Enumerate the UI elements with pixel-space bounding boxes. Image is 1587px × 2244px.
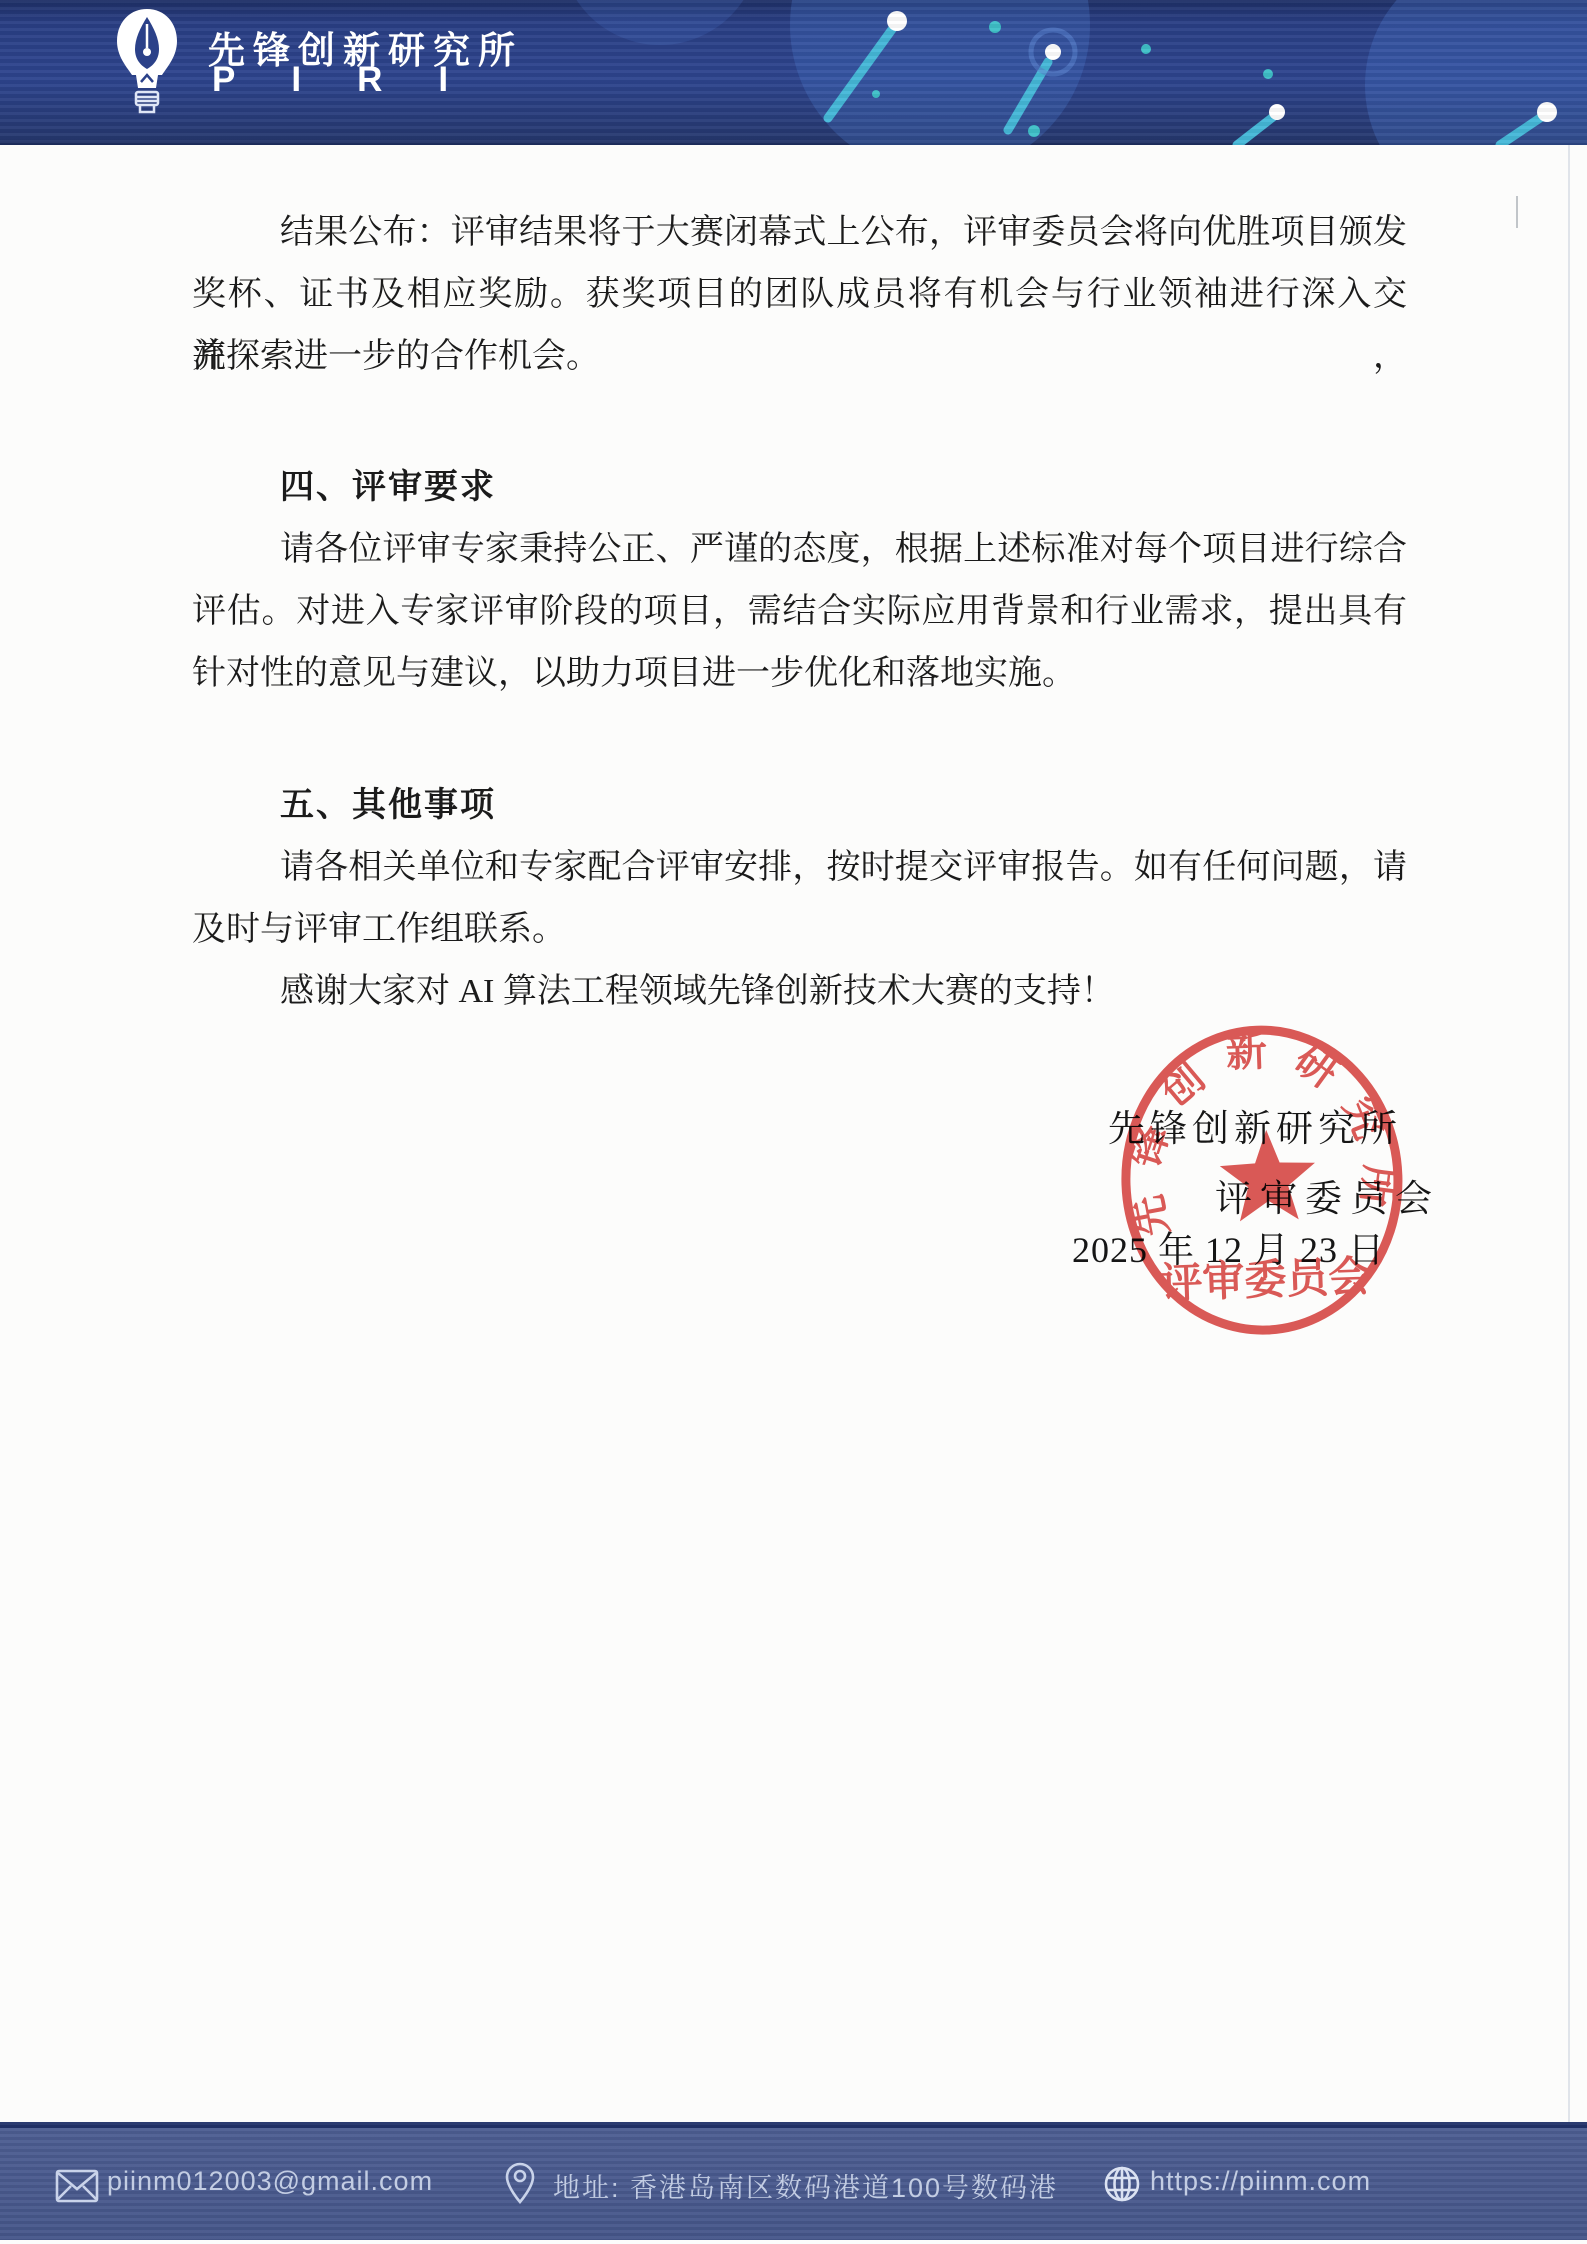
paragraph-result-announcement: 结果公布：评审结果将于大赛闭幕式上公布，评审委员会将向优胜项目颁发 奖杯、证书及… (192, 202, 1407, 388)
body-line: 奖杯、证书及相应奖励。获奖项目的团队成员将有机会与行业领袖进行深入交流， (192, 264, 1407, 326)
seal-ring-text: 先锋创新研究所 (1115, 1024, 1406, 1241)
body-line: 请各位评审专家秉持公正、严谨的态度，根据上述标准对每个项目进行综合 (192, 519, 1407, 581)
document-page: 先锋创新研究所 PIRI 结果公布：评审结果将于大赛闭幕式上公布，评审委员会将向… (0, 0, 1587, 2244)
body-line: 及时与评审工作组联系。 (192, 899, 1407, 961)
section4-heading: 四、评审要求 (192, 457, 1407, 519)
footer-website: https://piinm.com (1150, 2166, 1371, 2197)
seal-star (1219, 1128, 1317, 1222)
section4-paragraph: 请各位评审专家秉持公正、严谨的态度，根据上述标准对每个项目进行综合 评估。对进入… (192, 519, 1407, 705)
seal-bottom-text: 评审委员会 (1160, 1253, 1372, 1307)
deco-circle (1365, 0, 1587, 145)
section5-paragraph: 请各相关单位和专家配合评审安排，按时提交评审报告。如有任何问题，请 及时与评审工… (192, 837, 1407, 1023)
globe-icon (1103, 2165, 1141, 2203)
lightbulb-pen-logo (113, 6, 181, 124)
deco-circle (560, 0, 760, 45)
thanks-line: 感谢大家对 AI 算法工程领域先锋创新技术大赛的支持！ (192, 961, 1407, 1023)
footer-email: piinm012003@gmail.com (107, 2166, 433, 2197)
header-acronym: PIRI (212, 60, 504, 100)
footer-address: 地址: 香港岛南区数码港道100号数码港 (553, 2166, 1058, 2205)
footer-band: piinm012003@gmail.com 地址: 香港岛南区数码港道100号数… (0, 2122, 1587, 2240)
section5-heading: 五、其他事项 (192, 775, 1407, 837)
scan-artifact-line (1516, 196, 1518, 228)
header-band: 先锋创新研究所 PIRI (0, 0, 1587, 145)
body-line: 针对性的意见与建议，以助力项目进一步优化和落地实施。 (192, 643, 1407, 705)
location-pin-icon (505, 2162, 535, 2206)
body-line: 请各相关单位和专家配合评审安排，按时提交评审报告。如有任何问题，请 (192, 837, 1407, 899)
committee-seal-stamp: 先锋创新研究所 评审委员会 (1105, 1017, 1426, 1348)
body-line: 评估。对进入专家评审阶段的项目，需结合实际应用背景和行业需求，提出具有 (192, 581, 1407, 643)
section4-heading-block: 四、评审要求 (192, 457, 1407, 519)
mail-icon (55, 2168, 99, 2204)
section5-heading-block: 五、其他事项 (192, 775, 1407, 837)
bulb-neck (136, 75, 158, 88)
bulb-base (136, 92, 158, 112)
page-edge-shadow (1568, 145, 1570, 2122)
body-line: 结果公布：评审结果将于大赛闭幕式上公布，评审委员会将向优胜项目颁发 (192, 202, 1407, 264)
nib-hole (143, 48, 151, 56)
